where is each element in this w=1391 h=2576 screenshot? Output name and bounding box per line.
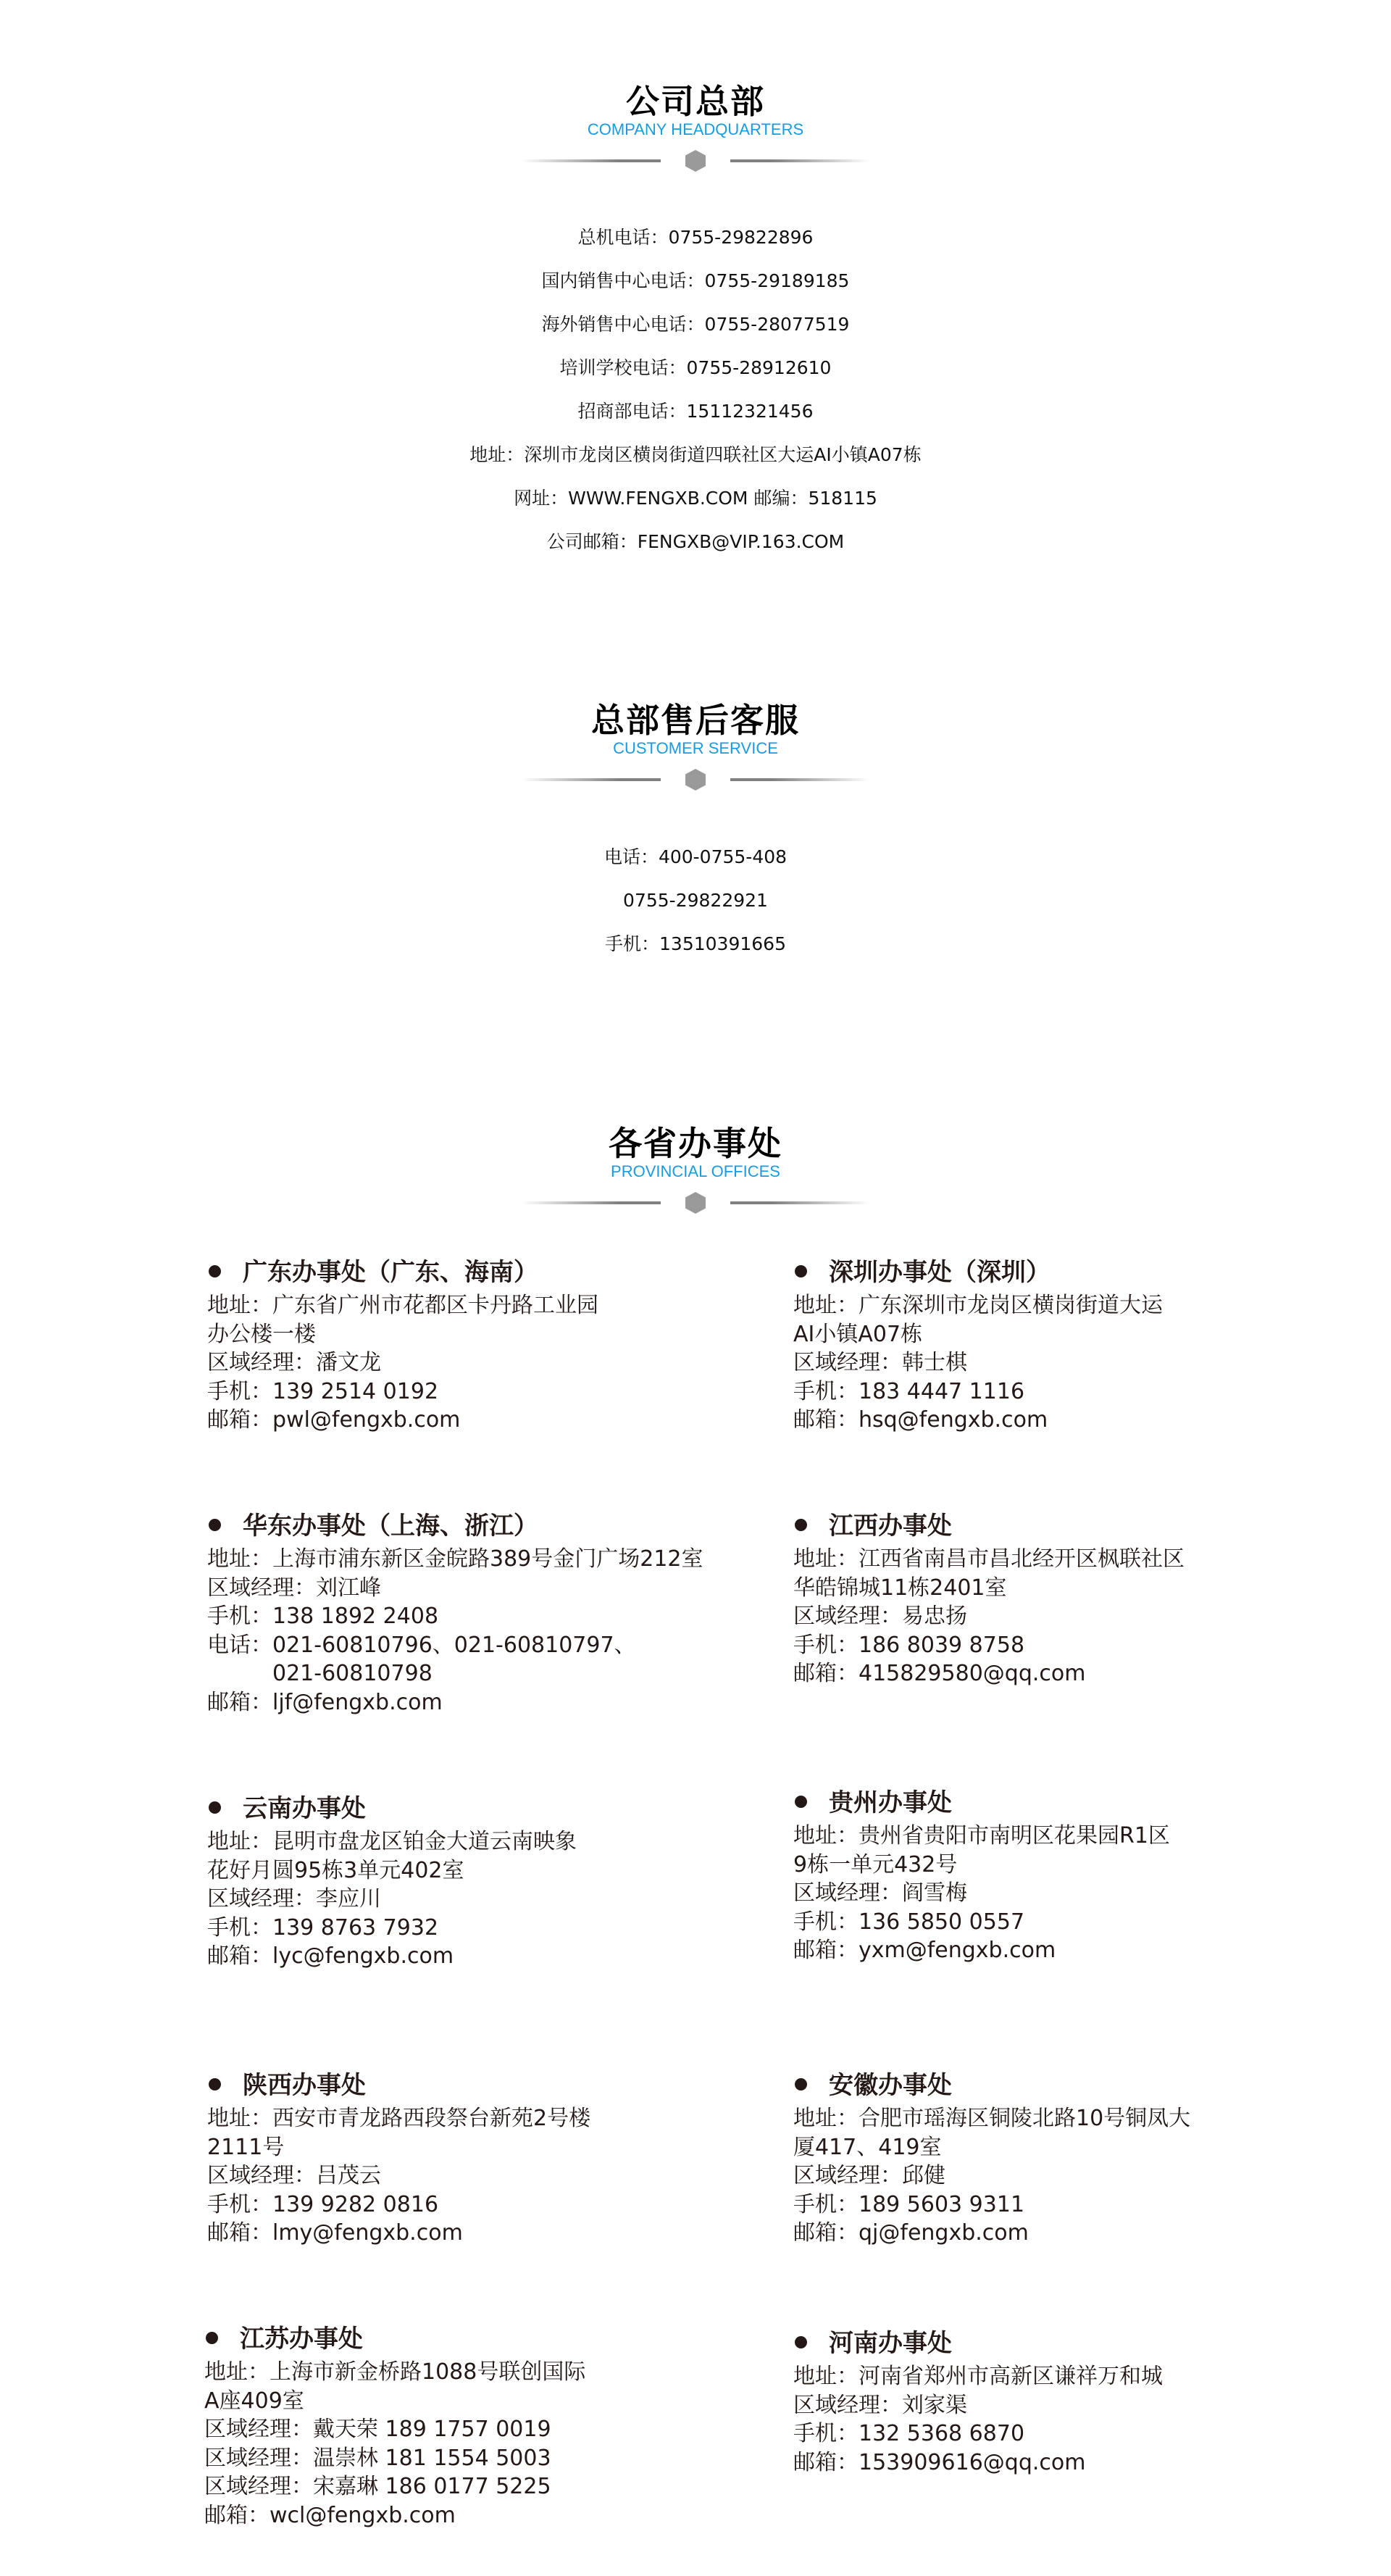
headquarters-info: 总机电话：0755-29822896 国内销售中心电话：0755-2918918… — [0, 216, 1391, 564]
office-address: 地址：上海市浦东新区金皖路389号金门广场212室 — [207, 1545, 729, 1574]
office-mobile: 手机：138 1892 2408 — [207, 1602, 729, 1631]
section-divider — [522, 768, 869, 790]
hexagon-icon — [685, 150, 706, 172]
headquarters-header: 公司总部 COMPANY HEADQUARTERS — [0, 81, 1391, 171]
office-heading: 河南办事处 — [795, 2327, 1315, 2359]
office-manager-2: 区域经理：温崇林 181 1554 5003 — [204, 2444, 726, 2473]
bullet-icon — [795, 2336, 807, 2348]
bullet-icon — [209, 1519, 221, 1531]
office-guizhou: 贵州办事处 地址：贵州省贵阳市南明区花果园R1区 9栋一单元432号 区域经理：… — [793, 1787, 1315, 1965]
office-heading: 深圳办事处（深圳） — [795, 1256, 1315, 1288]
divider-line-right — [730, 159, 869, 162]
bullet-icon — [795, 1265, 807, 1277]
office-shaanxi: 陕西办事处 地址：西安市青龙路西段祭台新苑2号楼 2111号 区域经理：吕茂云 … — [207, 2069, 729, 2248]
section-subtitle: PROVINCIAL OFFICES — [0, 1162, 1391, 1181]
customer-service-header: 总部售后客服 CUSTOMER SERVICE — [0, 700, 1391, 790]
office-email: 邮箱：415829580@qq.com — [793, 1659, 1315, 1688]
office-heading: 陕西办事处 — [209, 2069, 729, 2101]
provincial-offices-header: 各省办事处 PROVINCIAL OFFICES — [0, 1123, 1391, 1213]
office-mobile: 手机：183 4447 1116 — [793, 1377, 1315, 1406]
office-email: 邮箱：153909616@qq.com — [793, 2448, 1315, 2477]
training-school-phone: 培训学校电话：0755-28912610 — [0, 346, 1391, 390]
divider-line-left — [522, 159, 661, 162]
office-manager: 区域经理：潘文龙 — [207, 1349, 729, 1377]
office-email: 邮箱：hsq@fengxb.com — [793, 1406, 1315, 1435]
office-mobile: 手机：189 5603 9311 — [793, 2191, 1315, 2219]
service-phone: 电话：400-0755-408 — [0, 835, 1391, 879]
office-address-cont: A座409室 — [204, 2387, 726, 2416]
office-address: 地址：西安市青龙路西段祭台新苑2号楼 — [207, 2104, 729, 2133]
office-address-cont: 9栋一单元432号 — [793, 1851, 1315, 1880]
office-address-cont: 办公楼一楼 — [207, 1320, 729, 1349]
bullet-icon — [795, 1796, 807, 1808]
office-mobile: 手机：136 5850 0557 — [793, 1908, 1315, 1937]
office-address-cont: 华皓锦城11栋2401室 — [793, 1574, 1315, 1603]
section-title: 各省办事处 — [0, 1123, 1391, 1164]
office-manager: 区域经理：易忠扬 — [793, 1602, 1315, 1631]
office-heading: 广东办事处（广东、海南） — [209, 1256, 729, 1288]
office-manager: 区域经理：刘江峰 — [207, 1574, 729, 1603]
office-heading: 安徽办事处 — [795, 2069, 1315, 2101]
office-address: 地址：河南省郑州市高新区谦祥万和城 — [793, 2362, 1315, 2391]
website-postcode: 网址：WWW.FENGXB.COM 邮编：518115 — [0, 477, 1391, 520]
divider-line-right — [730, 1201, 869, 1204]
office-address: 地址：合肥市瑶海区铜陵北路10号铜凤大 — [793, 2104, 1315, 2133]
office-email: 邮箱：wcl@fengxb.com — [204, 2501, 726, 2530]
hq-address: 地址：深圳市龙岗区横岗街道四联社区大运AI小镇A07栋 — [0, 433, 1391, 477]
bullet-icon — [795, 2078, 807, 2091]
office-heading: 江西办事处 — [795, 1510, 1315, 1542]
section-divider — [522, 149, 869, 171]
office-mobile: 手机：139 9282 0816 — [207, 2191, 729, 2219]
office-heading: 华东办事处（上海、浙江） — [209, 1510, 729, 1542]
office-email: 邮箱：ljf@fengxb.com — [207, 1688, 729, 1717]
office-address-cont: 厦417、419室 — [793, 2133, 1315, 2162]
office-manager-1: 区域经理：戴天荣 189 1757 0019 — [204, 2415, 726, 2444]
office-mobile: 手机：139 8763 7932 — [207, 1914, 729, 1943]
domestic-sales-phone: 国内销售中心电话：0755-29189185 — [0, 259, 1391, 303]
office-address-cont: 2111号 — [207, 2133, 729, 2162]
office-jiangxi: 江西办事处 地址：江西省南昌市昌北经开区枫联社区 华皓锦城11栋2401室 区域… — [793, 1510, 1315, 1688]
office-guangdong: 广东办事处（广东、海南） 地址：广东省广州市花都区卡丹路工业园 办公楼一楼 区域… — [207, 1256, 729, 1435]
bullet-icon — [206, 2332, 218, 2344]
office-phone: 电话：021-60810796、021-60810797、 — [207, 1631, 729, 1660]
office-address: 地址：昆明市盘龙区铂金大道云南映象 — [207, 1827, 729, 1856]
office-address: 地址：江西省南昌市昌北经开区枫联社区 — [793, 1545, 1315, 1574]
hexagon-icon — [685, 769, 706, 791]
office-manager: 区域经理：阎雪梅 — [793, 1879, 1315, 1908]
section-title: 总部售后客服 — [0, 700, 1391, 741]
office-east-china: 华东办事处（上海、浙江） 地址：上海市浦东新区金皖路389号金门广场212室 区… — [207, 1510, 729, 1717]
office-address: 地址：广东省广州市花都区卡丹路工业园 — [207, 1291, 729, 1320]
bullet-icon — [209, 2078, 221, 2091]
divider-line-left — [522, 1201, 661, 1204]
service-phone-2: 0755-29822921 — [0, 879, 1391, 922]
office-phone-cont: 021-60810798 — [207, 1659, 729, 1688]
section-subtitle: COMPANY HEADQUARTERS — [0, 120, 1391, 139]
office-heading: 江苏办事处 — [206, 2323, 726, 2355]
divider-line-right — [730, 778, 869, 781]
section-subtitle: CUSTOMER SERVICE — [0, 739, 1391, 758]
customer-service-info: 电话：400-0755-408 0755-29822921 手机：1351039… — [0, 835, 1391, 966]
office-address-cont: 花好月圆95栋3单元402室 — [207, 1856, 729, 1885]
company-email: 公司邮箱：FENGXB@VIP.163.COM — [0, 520, 1391, 564]
main-phone: 总机电话：0755-29822896 — [0, 216, 1391, 259]
bullet-icon — [209, 1801, 221, 1814]
office-heading: 贵州办事处 — [795, 1787, 1315, 1819]
office-email: 邮箱：pwl@fengxb.com — [207, 1406, 729, 1435]
overseas-sales-phone: 海外销售中心电话：0755-28077519 — [0, 303, 1391, 346]
section-divider — [522, 1191, 869, 1213]
office-email: 邮箱：yxm@fengxb.com — [793, 1936, 1315, 1965]
office-manager: 区域经理：吕茂云 — [207, 2162, 729, 2191]
investment-dept-phone: 招商部电话：15112321456 — [0, 390, 1391, 433]
office-manager: 区域经理：刘家渠 — [793, 2391, 1315, 2420]
office-email: 邮箱：lmy@fengxb.com — [207, 2219, 729, 2248]
office-manager: 区域经理：韩士棋 — [793, 1349, 1315, 1377]
divider-line-left — [522, 778, 661, 781]
office-shenzhen: 深圳办事处（深圳） 地址：广东深圳市龙岗区横岗街道大运 AI小镇A07栋 区域经… — [793, 1256, 1315, 1435]
office-mobile: 手机：139 2514 0192 — [207, 1377, 729, 1406]
office-address: 地址：贵州省贵阳市南明区花果园R1区 — [793, 1822, 1315, 1851]
bullet-icon — [209, 1265, 221, 1277]
hexagon-icon — [685, 1192, 706, 1214]
office-henan: 河南办事处 地址：河南省郑州市高新区谦祥万和城 区域经理：刘家渠 手机：132 … — [793, 2327, 1315, 2477]
section-title: 公司总部 — [0, 81, 1391, 122]
office-manager: 区域经理：邱健 — [793, 2162, 1315, 2191]
office-email: 邮箱：lyc@fengxb.com — [207, 1942, 729, 1971]
office-manager-3: 区域经理：宋嘉琳 186 0177 5225 — [204, 2472, 726, 2501]
office-jiangsu: 江苏办事处 地址：上海市新金桥路1088号联创国际 A座409室 区域经理：戴天… — [204, 2323, 726, 2530]
office-heading: 云南办事处 — [209, 1793, 729, 1825]
service-mobile: 手机：13510391665 — [0, 922, 1391, 966]
office-mobile: 手机：132 5368 6870 — [793, 2419, 1315, 2448]
office-address-cont: AI小镇A07栋 — [793, 1320, 1315, 1349]
office-anhui: 安徽办事处 地址：合肥市瑶海区铜陵北路10号铜凤大 厦417、419室 区域经理… — [793, 2069, 1315, 2248]
bullet-icon — [795, 1519, 807, 1531]
office-address: 地址：广东深圳市龙岗区横岗街道大运 — [793, 1291, 1315, 1320]
office-address: 地址：上海市新金桥路1088号联创国际 — [204, 2358, 726, 2387]
office-yunnan: 云南办事处 地址：昆明市盘龙区铂金大道云南映象 花好月圆95栋3单元402室 区… — [207, 1793, 729, 1971]
office-manager: 区域经理：李应川 — [207, 1885, 729, 1914]
office-mobile: 手机：186 8039 8758 — [793, 1631, 1315, 1660]
office-email: 邮箱：qj@fengxb.com — [793, 2219, 1315, 2248]
